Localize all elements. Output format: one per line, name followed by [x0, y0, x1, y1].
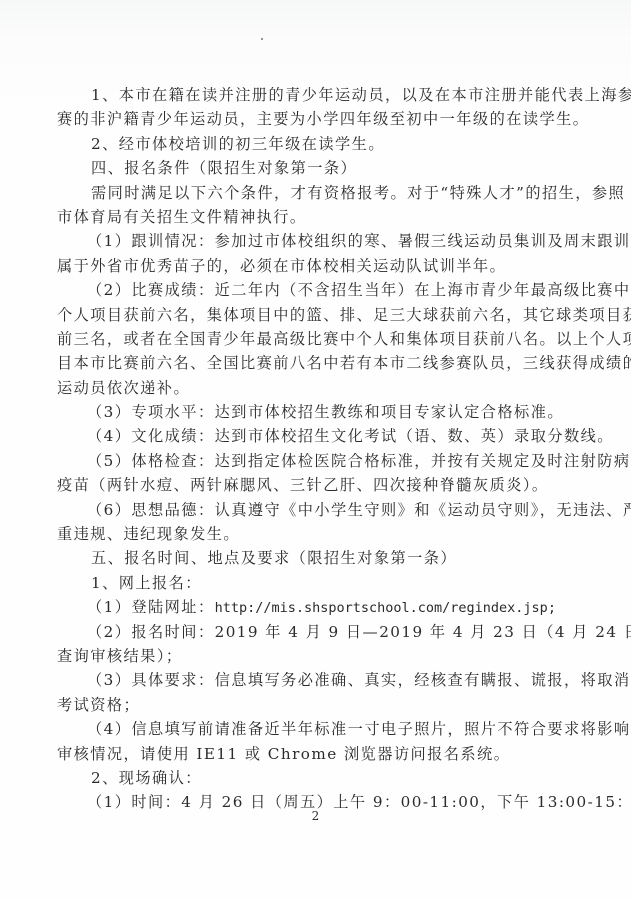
- paragraph-line: 赛的非沪籍青少年运动员，主要为小学四年级至初中一年级的在读学生。: [57, 107, 553, 131]
- page-number: 2: [0, 809, 631, 823]
- paragraph-line: 需同时满足以下六个条件，才有资格报考。对于“特殊人才”的招生，参照: [57, 181, 553, 205]
- paragraph-line: （3）具体要求：信息填写务必准确、真实，经核查有瞒报、谎报，将取消: [57, 668, 553, 692]
- paragraph-line: 个人项目获前六名，集体项目中的篮、排、足三大球获前六名，其它球类项目获: [57, 303, 553, 327]
- paragraph-line: 属于外省市优秀苗子的，必须在市体校相关运动队试训半年。: [57, 254, 553, 278]
- scanned-document-page: 1、本市在籍在读并注册的青少年运动员，以及在本市注册并能代表上海参 赛的非沪籍青…: [0, 0, 631, 900]
- paragraph-line: 前三名，或者在全国青少年最高级比赛中个人和集体项目获前八名。以上个人项: [57, 327, 553, 351]
- paragraph-line: 重违规、违纪现象发生。: [57, 522, 553, 546]
- subheading-onsite-confirmation: 2、现场确认：: [57, 766, 553, 790]
- paragraph-line: （6）思想品德：认真遵守《中小学生守则》和《运动员守则》，无违法、严: [57, 498, 553, 522]
- document-body: 1、本市在籍在读并注册的青少年运动员，以及在本市注册并能代表上海参 赛的非沪籍青…: [57, 83, 553, 815]
- url-label: （1）登陆网址：: [87, 598, 215, 616]
- paragraph-line: 市体育局有关招生文件精神执行。: [57, 205, 553, 229]
- scan-speck: [261, 38, 263, 40]
- paragraph-line: 1、本市在籍在读并注册的青少年运动员，以及在本市注册并能代表上海参: [57, 83, 553, 107]
- paragraph-line: 目本市比赛前六名、全国比赛前八名中若有本市二线参赛队员，三线获得成绩的: [57, 351, 553, 375]
- subheading-online-registration: 1、网上报名：: [57, 571, 553, 595]
- paragraph-line: （3）专项水平：达到市体校招生教练和项目专家认定合格标准。: [57, 400, 553, 424]
- paragraph-line: （4）文化成绩：达到市体校招生文化考试（语、数、英）录取分数线。: [57, 424, 553, 448]
- paragraph-line: （2）比赛成绩：近二年内（不含招生当年）在上海市青少年最高级比赛中: [57, 278, 553, 302]
- paragraph-line: （1）跟训情况：参加过市体校组织的寒、暑假三线运动员集训及周末跟训，: [57, 229, 553, 253]
- paragraph-line: 运动员依次递补。: [57, 376, 553, 400]
- paragraph-line: 审核情况，请使用 IE11 或 Chrome 浏览器访问报名系统。: [57, 742, 553, 766]
- section-heading-5: 五、报名时间、地点及要求（限招生对象第一条）: [57, 546, 553, 570]
- section-heading-4: 四、报名条件（限招生对象第一条）: [57, 156, 553, 180]
- paragraph-line: 查询审核结果）；: [57, 644, 553, 668]
- paragraph-line: 2、经市体校培训的初三年级在读学生。: [57, 132, 553, 156]
- registration-url-line: （1）登陆网址：http://mis.shsportschool.com/reg…: [57, 595, 553, 619]
- paragraph-line: （4）信息填写前请准备近半年标准一寸电子照片，照片不符合要求将影响: [57, 717, 553, 741]
- paragraph-line: （5）体格检查：达到指定体检医院合格标准，并按有关规定及时注射防病: [57, 449, 553, 473]
- registration-url: http://mis.shsportschool.com/regindex.js…: [215, 600, 556, 616]
- paragraph-line: （2）报名时间：2019 年 4 月 9 日—2019 年 4 月 23 日（4…: [57, 620, 553, 644]
- paragraph-line: 疫苗（两针水痘、两针麻腮风、三针乙肝、四次接种脊髓灰质炎）。: [57, 473, 553, 497]
- paragraph-line: 考试资格；: [57, 693, 553, 717]
